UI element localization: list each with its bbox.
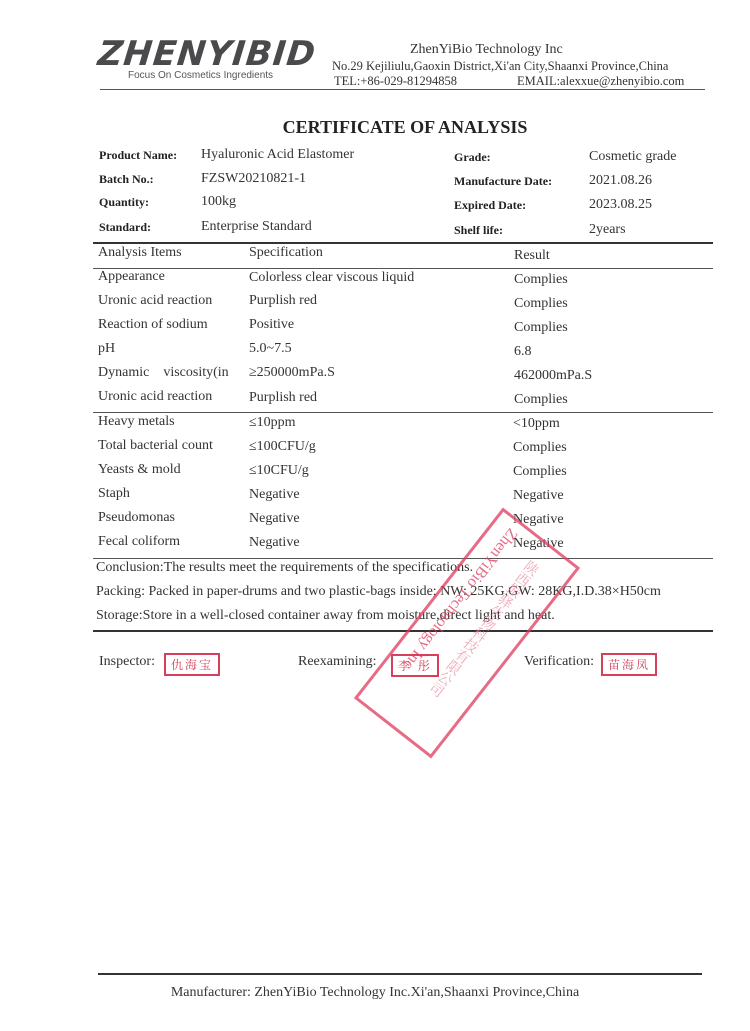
row-item: Yeasts & mold bbox=[98, 462, 181, 478]
company-logo: ZHENYIBID bbox=[96, 34, 318, 74]
row-item: Appearance bbox=[98, 269, 165, 285]
company-name: ZhenYiBio Technology Inc bbox=[410, 42, 563, 58]
header-specification: Specification bbox=[249, 245, 323, 261]
row-spec: ≤10ppm bbox=[249, 415, 296, 431]
row-item: Dynamic viscosity(in bbox=[98, 365, 229, 381]
company-tel: TEL:+86-029-81294858 bbox=[334, 74, 457, 89]
row-item: Heavy metals bbox=[98, 414, 175, 430]
grade-label: Grade: bbox=[454, 150, 491, 165]
document-title: CERTIFICATE OF ANALYSIS bbox=[0, 117, 750, 138]
row-spec: Negative bbox=[249, 511, 300, 527]
row-item: Reaction of sodium bbox=[98, 317, 208, 333]
expired-date-value: 2023.08.25 bbox=[589, 197, 652, 213]
table-top-rule bbox=[93, 242, 713, 244]
verification-label: Verification: bbox=[524, 654, 594, 670]
standard-label: Standard: bbox=[99, 220, 151, 235]
row-spec: 5.0~7.5 bbox=[249, 341, 292, 357]
row-result: Complies bbox=[513, 464, 567, 480]
row-result: Complies bbox=[514, 320, 568, 336]
expired-date-label: Expired Date: bbox=[454, 198, 526, 213]
row-result: 462000mPa.S bbox=[514, 368, 592, 384]
row-spec: Negative bbox=[249, 487, 300, 503]
conclusion-text: Conclusion:The results meet the requirem… bbox=[96, 560, 473, 576]
batch-no-value: FZSW20210821-1 bbox=[201, 171, 306, 187]
row-result: 6.8 bbox=[514, 344, 532, 360]
header-divider bbox=[100, 89, 705, 90]
row-item: pH bbox=[98, 341, 115, 357]
row-item: Uronic acid reaction bbox=[98, 293, 212, 309]
grade-value: Cosmetic grade bbox=[589, 149, 676, 165]
company-address: No.29 Kejiliulu,Gaoxin District,Xi'an Ci… bbox=[332, 59, 668, 74]
row-spec: Purplish red bbox=[249, 293, 317, 309]
product-name-value: Hyaluronic Acid Elastomer bbox=[201, 147, 354, 163]
header-result: Result bbox=[514, 248, 550, 264]
row-item: Pseudomonas bbox=[98, 510, 175, 526]
row-spec: ≤10CFU/g bbox=[249, 463, 309, 479]
packing-text: Packing: Packed in paper-drums and two p… bbox=[96, 584, 661, 600]
table-bottom-rule bbox=[93, 558, 713, 559]
quantity-value: 100kg bbox=[201, 194, 236, 210]
quantity-label: Quantity: bbox=[99, 195, 149, 210]
row-item: Total bacterial count bbox=[98, 438, 213, 454]
row-spec: Colorless clear viscous liquid bbox=[249, 270, 414, 286]
manufacture-date-value: 2021.08.26 bbox=[589, 173, 652, 189]
row-spec: Negative bbox=[249, 535, 300, 551]
company-seal-stamp: ZhenYiBio Technology Inc 陕西振驿生物科技有限公司 bbox=[354, 507, 580, 758]
product-name-label: Product Name: bbox=[99, 148, 177, 163]
batch-no-label: Batch No.: bbox=[99, 172, 154, 187]
verification-signature-chop: 苗海凤 bbox=[601, 653, 657, 676]
inspector-label: Inspector: bbox=[99, 654, 155, 670]
table-header-rule bbox=[93, 268, 713, 269]
row-spec: ≤100CFU/g bbox=[249, 439, 316, 455]
row-spec: Purplish red bbox=[249, 390, 317, 406]
standard-value: Enterprise Standard bbox=[201, 219, 312, 235]
header-analysis-items: Analysis Items bbox=[98, 245, 182, 261]
row-result: Negative bbox=[513, 488, 564, 504]
row-result: Complies bbox=[514, 272, 568, 288]
shelf-life-label: Shelf life: bbox=[454, 223, 503, 238]
reexamining-label: Reexamining: bbox=[298, 654, 377, 670]
footer-manufacturer: Manufacturer: ZhenYiBio Technology Inc.X… bbox=[0, 985, 750, 1001]
inspector-signature-chop: 仇海宝 bbox=[164, 653, 220, 676]
row-item: Uronic acid reaction bbox=[98, 389, 212, 405]
row-spec: Positive bbox=[249, 317, 294, 333]
row-result: <10ppm bbox=[513, 416, 560, 432]
company-email: EMAIL:alexxue@zhenyibio.com bbox=[517, 74, 684, 89]
row-item: Staph bbox=[98, 486, 130, 502]
company-tagline: Focus On Cosmetics Ingredients bbox=[128, 70, 273, 81]
notes-bottom-rule bbox=[93, 630, 713, 632]
manufacture-date-label: Manufacture Date: bbox=[454, 174, 552, 189]
row-item: Fecal coliform bbox=[98, 534, 180, 550]
footer-rule bbox=[98, 973, 702, 975]
table-group-rule bbox=[93, 412, 713, 413]
row-result: Complies bbox=[514, 392, 568, 408]
row-spec: ≥250000mPa.S bbox=[249, 365, 335, 381]
row-result: Complies bbox=[514, 296, 568, 312]
row-result: Complies bbox=[513, 440, 567, 456]
shelf-life-value: 2years bbox=[589, 222, 626, 238]
